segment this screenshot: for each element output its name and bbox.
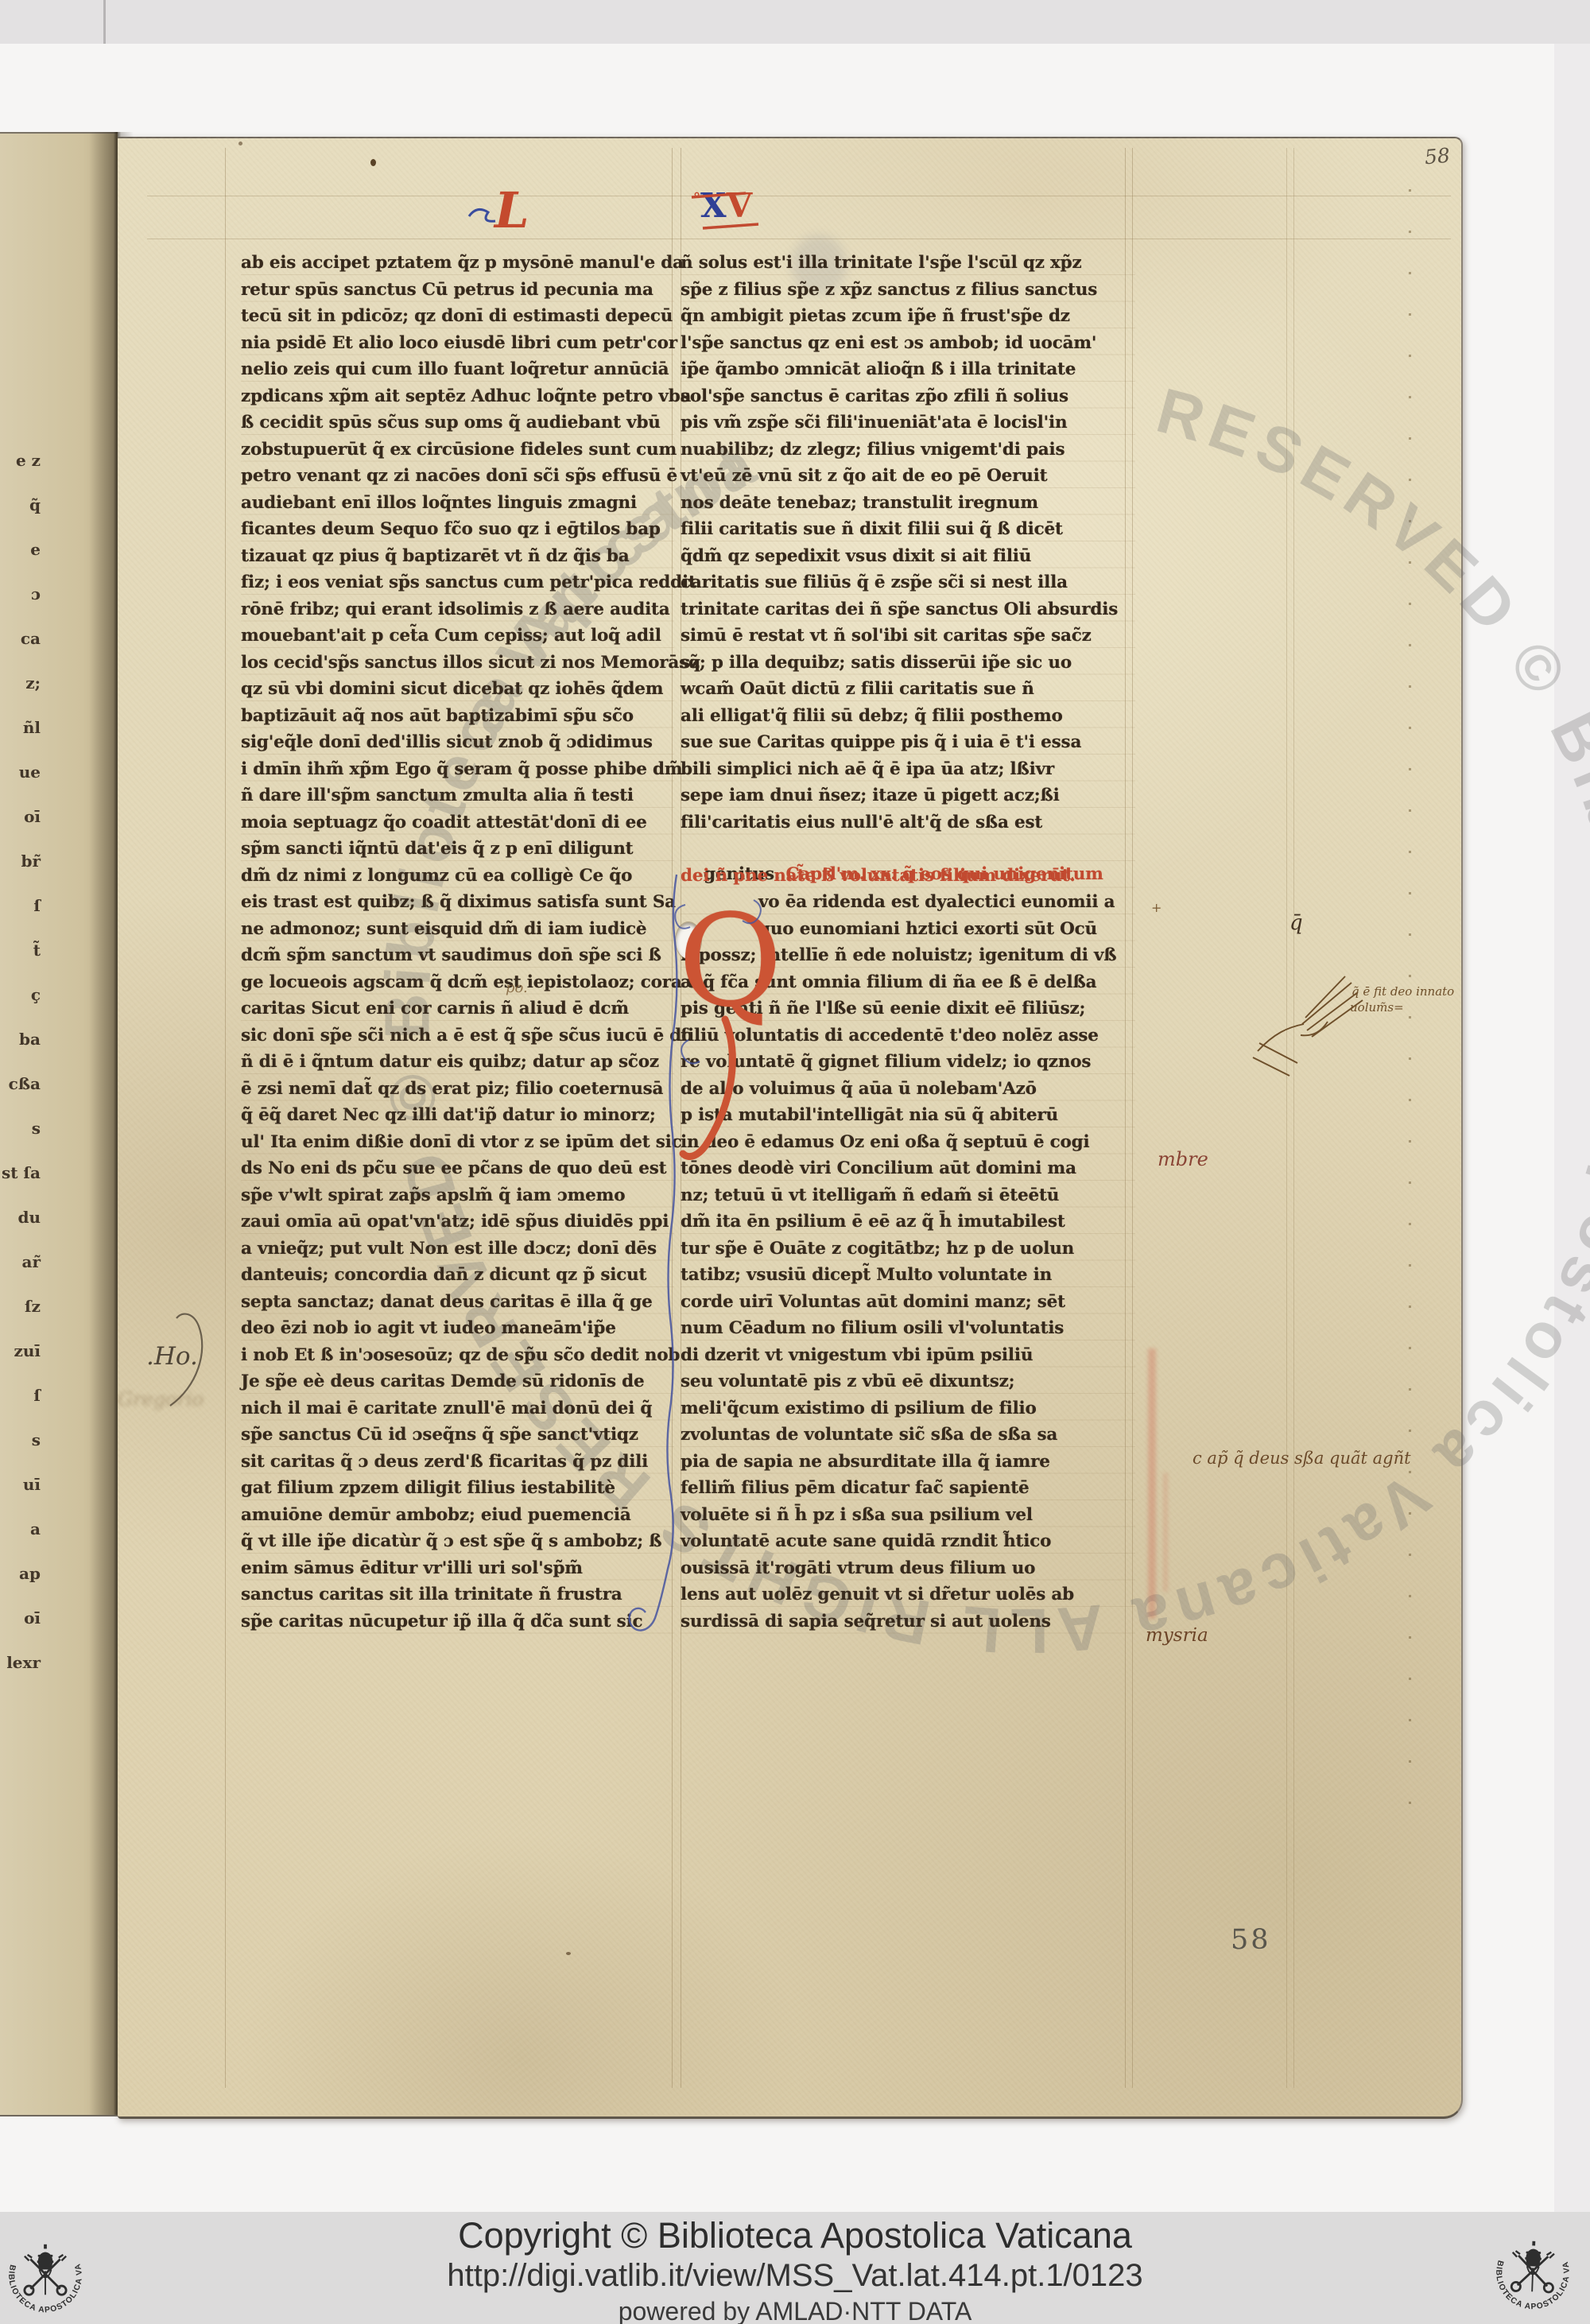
- ms-line: q̃n ambigit pietas zcum ip̃e ñ frust'sp̃…: [681, 304, 1135, 331]
- ms-line: a: [0, 1517, 45, 1562]
- rubric-line-2: dei ñ pne nat̃e ß voluntatis filium dixe…: [681, 863, 1135, 890]
- marginal-gloss-po: po.: [506, 980, 528, 996]
- ms-line: ca: [0, 627, 45, 671]
- ms-line: sepe iam dnui ñsez; itaze ū pigett acz;ß…: [681, 783, 1135, 810]
- red-stain: [1163, 1472, 1168, 1592]
- ms-line: ds No eni ds pc̃u sue ee pc̃ans de quo d…: [241, 1156, 674, 1183]
- scanner-seam: [103, 0, 106, 44]
- ms-line: Je sp̃e eè deus caritas Demde sū ridonīs…: [241, 1369, 674, 1396]
- quire-mark: q̄: [1289, 911, 1303, 935]
- ms-line: wcam̃ Oaūt dictū z filii caritatis sue ñ: [681, 677, 1135, 704]
- ms-line: nich il mai ē caritate znull'ē mai donū …: [241, 1396, 674, 1423]
- ms-line: i nob Et ß in'ɔosesoūz; qz de sp̃u sc̃o …: [241, 1343, 674, 1370]
- ms-line: nelio zeis qui cum illo fuant loq̃retur …: [241, 357, 674, 384]
- ms-line: dm̃ dz nimi z longumz cū ea colligè Ce q…: [241, 863, 674, 890]
- ms-line: voluntatē acute sane quidā rzndit h̃tico: [681, 1529, 1135, 1556]
- ms-line: lexr: [0, 1651, 45, 1695]
- ink-speck: [370, 159, 376, 166]
- numeral-v: V: [727, 186, 753, 225]
- ms-line: baptizāuit aq̃ nos aūt baptizabimī sp̃u …: [241, 704, 674, 731]
- ms-line: sp̃e z filius sp̃e z xp̃z sanctus z fili…: [681, 277, 1135, 305]
- ms-line: vt'eū zē vnū sit z q̃o ait de eo pē Oeru…: [681, 464, 1135, 491]
- ms-line: e: [0, 537, 45, 582]
- ms-line: tatibz; vsusiū dicept̃ Multo voluntate i…: [681, 1263, 1135, 1290]
- ms-line: septa sanctaz; danat deus caritas ē illa…: [241, 1290, 674, 1317]
- ms-line: zpdicans xp̃m ait septēz Adhuc loq̃nte p…: [241, 384, 674, 411]
- ms-line: tur sp̃e ē Ouāte z cogitātbz; hz p de uo…: [681, 1236, 1135, 1263]
- ms-line: sit caritas q̃ ɔ deus zerd'ß ficaritas q…: [241, 1449, 674, 1476]
- ms-line: sp̃e caritas nūcupetur ip̃ illa q̃ dc̃a …: [241, 1609, 674, 1636]
- ms-line: oī: [0, 805, 45, 849]
- marginal-plus-mark: +: [1151, 900, 1161, 915]
- ms-line: gat filium zpzem diligit filius iestabil…: [241, 1476, 674, 1503]
- rubric-line-1: genitus. Captl'm. xx. q̃ eos qui unigeni…: [681, 836, 1135, 863]
- ms-line: ip̃e q̃ambo ɔmnicāt alioq̃n ß i illa tri…: [681, 357, 1135, 384]
- ms-line: pis vm̃ zsp̃e sc̃i fili'inueniāt'ata ē l…: [681, 410, 1135, 437]
- ms-line: ar̃: [0, 1250, 45, 1294]
- ms-line: sp̃m sancti iq̃ntū dat'eis q̃ z p enī di…: [241, 836, 674, 863]
- numeral-x: X: [700, 186, 727, 225]
- ms-line: filii caritatis sue ñ dixit filii sui q̃…: [681, 517, 1135, 544]
- ms-line: tecū sit in pdicōz; qz donī di estimasti…: [241, 304, 674, 331]
- facing-page-edge: e zq̃eɔcaz;ñlueoībr̃ſt̃çbacßasst ſaduar̃…: [0, 132, 118, 2116]
- ms-line: fellim̃ filius pēm dicatur fac̃ sapientē: [681, 1476, 1135, 1503]
- ms-line: petro venant qz zi nacōes donī sc̃i sp̃s…: [241, 464, 674, 491]
- ms-line: sic donī sp̃e sc̃i nich a ē est q̃ sp̃e …: [241, 1023, 674, 1050]
- ms-line: fili'caritatis eius null'ē alt'q̃ de sßa…: [681, 810, 1135, 837]
- ms-line: q̃: [0, 493, 45, 537]
- ms-line: mouebant'ait p cet̃a Cum cepiss; aut loq…: [241, 623, 674, 650]
- column2-before-rubric: ñ solus est'i illa trinitate l'sp̃e l'sc…: [681, 250, 1135, 836]
- ms-line: ñ di ē i q̃ntum datur eis quibz; datur a…: [241, 1049, 674, 1077]
- ms-line: ousissā it'rogāti vtrum deus filium uo: [681, 1556, 1135, 1583]
- ms-line: pia de sapia ne absurditate illa q̃ iamr…: [681, 1449, 1135, 1476]
- footer-copyright: Copyright © Biblioteca Apostolica Vatica…: [0, 2215, 1590, 2256]
- vatican-library-logo-left: BIBLIOTECA APOSTOLICA VATICANA: [1, 2231, 90, 2320]
- ms-line: ne admonoz; sunt eisquid dm̃ di iam iudi…: [241, 917, 674, 944]
- ms-line: nia psidē Et alio loco eiusdē libri cum …: [241, 331, 674, 358]
- ms-line: ɔ: [0, 582, 45, 627]
- ms-line: p ista mutabil'intelligāt nia sū q̃ abit…: [681, 1103, 1135, 1130]
- ms-line: sig'eq̃le donī ded'illis sicut znob q̃ ɔ…: [241, 730, 674, 757]
- ruling-vertical: [1293, 148, 1294, 2088]
- ms-line: sp̃e v'wlt spirat zap̃s apslm̃ q̃ iam ɔm…: [241, 1183, 674, 1210]
- ms-line: zvoluntas de voluntate sic̃ sßa de sßa s…: [681, 1422, 1135, 1449]
- folio-number-stamp: 58: [1231, 1924, 1271, 1956]
- ms-line: de alio voluimus q̃ aūa ū nolebam'Azō: [681, 1077, 1135, 1104]
- running-title-numeral: °XV: [693, 189, 752, 223]
- ruling-horizontal: [147, 239, 1451, 239]
- red-stain: [1148, 1348, 1156, 1619]
- ruling-horizontal: [147, 196, 1451, 196]
- ms-line: sz; p illa dequibz; satis disserūi ip̃e …: [681, 650, 1135, 677]
- ms-line: s: [0, 1428, 45, 1472]
- ink-speck: [238, 142, 242, 145]
- pricking-holes: [1409, 189, 1411, 1819]
- ms-line: moia septuagz q̃o coadit attestāt'donī d…: [241, 810, 674, 837]
- ms-line: caritatis sue filiūs q̃ ē zsp̃e sc̃i si …: [681, 570, 1135, 597]
- ms-line: z;: [0, 671, 45, 716]
- ms-line: ue: [0, 760, 45, 805]
- papal-tiara-icon: [37, 2244, 54, 2270]
- ms-line: sp̃e sanctus Cū id ɔseq̃ns q̃ sp̃e sanct…: [241, 1422, 674, 1449]
- ms-line: bili simplici nich aē q̃ ē ipa ūa atz; l…: [681, 757, 1135, 784]
- ms-line: sue sue Caritas quippe pis q̃ i uia ē t'…: [681, 730, 1135, 757]
- ms-line: ba: [0, 1027, 45, 1072]
- ms-line: a vnieq̃z; put vult Non est ille dɔcz; d…: [241, 1236, 674, 1263]
- ms-line: ē zsi nemī dat̃ qz ds erat piz; filio co…: [241, 1077, 674, 1104]
- ms-line: rōnē fribz; qui erant idsolimis z ß aere…: [241, 597, 674, 624]
- ms-line: q̃dm̃ qz sepedixit vsus dixit si ait fil…: [681, 544, 1135, 571]
- ms-line: ç: [0, 983, 45, 1027]
- marginal-gloss-cap: c ap̃ q̃ deus sßa quãt agñt: [1192, 1449, 1411, 1468]
- numeral-ornament: °: [693, 190, 700, 207]
- ms-line: sol'sp̃e sanctus ē caritas zp̃o zfili ñ …: [681, 384, 1135, 411]
- ms-line: deo ēzi nob io agit vt iudeo maneām'ip̃e: [241, 1316, 674, 1343]
- ms-line: tōnes deodè viri Concilium aūt domini ma: [681, 1156, 1135, 1183]
- ms-line: retur spūs sanctus Cū petrus id pecunia …: [241, 277, 674, 305]
- facing-page-line-endings: e zq̃eɔcaz;ñlueoībr̃ſt̃çbacßasst ſaduar̃…: [0, 448, 45, 1695]
- ms-line: simū ē restat vt ñ sol'ibi sit caritas s…: [681, 623, 1135, 650]
- scanned-manuscript-viewer: { "header": { "running_letter": "L", "nu…: [0, 0, 1590, 2324]
- ms-line: fiz; i eos veniat sp̃s sanctus cum petr'…: [241, 570, 674, 597]
- ms-line: ul' Ita enim dißie donī di vtor z se ipū…: [241, 1130, 674, 1157]
- ruling-vertical: [225, 148, 226, 2088]
- ms-line: e z: [0, 448, 45, 493]
- ms-line: ap: [0, 1562, 45, 1606]
- footer-powered-by: powered by AMLAD·NTT DATA: [0, 2297, 1590, 2324]
- ms-line: st ſa: [0, 1161, 45, 1205]
- scanner-top-band: [0, 0, 1590, 44]
- ms-line: nz; tetuū ū vt itelligam̃ ñ edam̃ si ēte…: [681, 1183, 1135, 1210]
- ms-line: s: [0, 1116, 45, 1161]
- ms-line: uī: [0, 1472, 45, 1517]
- ms-line: t̃: [0, 938, 45, 983]
- ms-line: ſz: [0, 1294, 45, 1339]
- ms-line: ñ dare ill'sp̃m sanctum zmulta alia ñ te…: [241, 783, 674, 810]
- ms-line: cßa: [0, 1072, 45, 1116]
- vatican-library-logo-right: BIBLIOTECA APOSTOLICA VATICANA: [1487, 2226, 1579, 2318]
- ms-line: l'sp̃e sanctus qz eni est ɔs ambob; id u…: [681, 331, 1135, 358]
- ms-line: dcm̃ sp̃m sanctum vt saudimus don̄ sp̃e …: [241, 943, 674, 970]
- ms-line: seu voluntatē pis z vbū eē dixuntsz;: [681, 1369, 1135, 1396]
- ms-line: du: [0, 1205, 45, 1250]
- marginal-gloss-mbre: mbre: [1158, 1148, 1208, 1170]
- ms-line: sanctus caritas sit illa trinitate ñ fru…: [241, 1582, 674, 1609]
- ms-line: surdissā di sapia seq̃retur si aut uolen…: [681, 1609, 1135, 1636]
- ms-line: q̃ ēq̃ daret Nec qz illi dat'ip̃ datur i…: [241, 1103, 674, 1130]
- ms-line: voluēte si ñ h̄ pz i sßa sua psilium vel: [681, 1503, 1135, 1530]
- ms-line: dm̃ ita ēn psilium ē eē az q̃ h̄ imutabi…: [681, 1209, 1135, 1236]
- ms-line: caritas Sicut eni cor carnis ñ aliud ē d…: [241, 996, 674, 1023]
- ms-line: num Cēadum no filium osili vl'voluntatis: [681, 1316, 1135, 1343]
- marginal-note-line2: uolum̃s=: [1350, 1000, 1404, 1015]
- ms-line: nuabilibz; dz zlegz; filius vnigemt'di p…: [681, 437, 1135, 464]
- erased-scribble: Gregorio: [118, 1388, 209, 1415]
- ms-line: ñl: [0, 716, 45, 760]
- ms-line: eis trast est quibz; ß q̃ diximus satisf…: [241, 890, 674, 917]
- ms-line: ſ: [0, 894, 45, 938]
- marginal-note-line1: q̃ ē fit deo innato: [1351, 984, 1454, 999]
- ruling-vertical: [1286, 148, 1287, 2088]
- ms-line: zaui omīa aū opat'vn'atz; idē sp̃us diui…: [241, 1209, 674, 1236]
- ms-line: re voluntatē q̃ gignet filium videlz; io…: [681, 1049, 1135, 1077]
- marginal-gloss-ho: .Ho.: [146, 1342, 198, 1371]
- ms-line: trinitate caritas dei ñ sp̃e sanctus Oli…: [681, 597, 1135, 624]
- ms-line: qz sū vbi domini sicut dicebat qz iohēs …: [241, 677, 674, 704]
- text-column-1: ab eis accipet pztatem q̃z p mysōnē manu…: [241, 250, 674, 1635]
- ms-line: meli'q̃cum existimo di psilium de filio: [681, 1396, 1135, 1423]
- ms-line: ab eis accipet pztatem q̃z p mysōnē manu…: [241, 250, 674, 277]
- papal-tiara-icon: [1525, 2241, 1542, 2266]
- ms-line: br̃: [0, 849, 45, 894]
- marginal-gloss-mysria: mysria: [1146, 1625, 1208, 1646]
- ms-line: corde uirī Voluntas aūt domini manz; sēt: [681, 1290, 1135, 1317]
- ms-line: ficantes deum Sequo fc̃o suo qz i eḡtilo…: [241, 517, 674, 544]
- ms-line: ñ solus est'i illa trinitate l'sp̃e l'sc…: [681, 250, 1135, 277]
- ms-line: ß cecidit spūs sc̃us sup oms q̃ audieban…: [241, 410, 674, 437]
- ms-line: oī: [0, 1606, 45, 1651]
- ms-line: ge locueois agscam q̃ dcm̃ est iepistola…: [241, 970, 674, 997]
- ms-line: ali elligat'q̃ filii sū debz; q̃ filii p…: [681, 704, 1135, 731]
- ms-line: los cecid'sp̃s sanctus illos sicut zi no…: [241, 650, 674, 677]
- ms-line: zuī: [0, 1339, 45, 1383]
- ms-line: nos deāte tenebaz; transtulit iregnum: [681, 491, 1135, 518]
- running-title-letter: L: [494, 186, 529, 235]
- ms-line: audiebant enī illos loq̃ntes linguis zma…: [241, 491, 674, 518]
- ms-line: zobstupuerūt q̃ ex circūsione fideles su…: [241, 437, 674, 464]
- footer-url[interactable]: http://digi.vatlib.it/view/MSS_Vat.lat.4…: [0, 2258, 1590, 2294]
- ms-line: lens aut uolēz genuit vt si dr̃etur uolē…: [681, 1582, 1135, 1609]
- ms-line: amuiōne demūr ambobz; eiud puemenciā: [241, 1503, 674, 1530]
- folio-number-ink: 58: [1424, 144, 1451, 169]
- ms-line: enim sāmus ēditur vr'illi uri sol'sp̃m̃: [241, 1556, 674, 1583]
- ms-line: ſ: [0, 1383, 45, 1428]
- ms-line: q̃ vt ille ip̃e dicatùr q̃ ɔ est sp̃e q̃…: [241, 1529, 674, 1556]
- ms-line: tizauat qz pius q̃ baptizarēt vt ñ dz q̃…: [241, 544, 674, 571]
- decorated-initial-q: Q: [678, 894, 766, 1045]
- ms-line: danteuis; concordia dan̄ z dicunt qz p̃ …: [241, 1263, 674, 1290]
- ms-line: i dmīn ihm̃ xp̃m Ego q̃ seram q̃ posse p…: [241, 757, 674, 784]
- scanner-right-edge: [1554, 44, 1590, 2212]
- ms-line: in deo ē edamus Oz eni oßa q̃ septuū ē c…: [681, 1130, 1135, 1157]
- ink-speck: [566, 1952, 571, 1955]
- ms-line: di dzerit vt vnigestum vbi ipūm psiliū: [681, 1343, 1135, 1370]
